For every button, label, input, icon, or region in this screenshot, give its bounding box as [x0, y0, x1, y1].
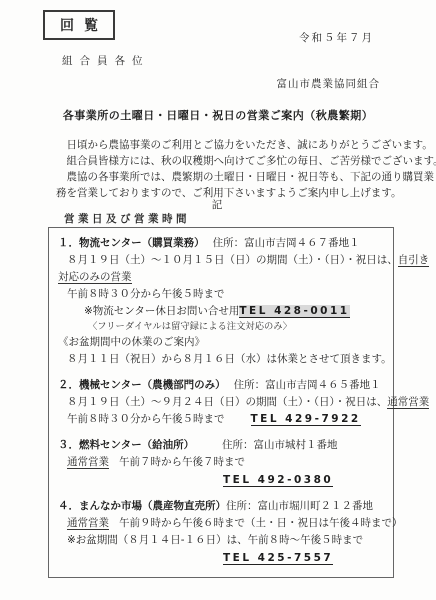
section4-heading-row: ４．まんなか市場（農産物直売所）住所：富山市堀川町２１２番地: [58, 498, 384, 515]
section3-hours: 午前７時から午後７時まで: [119, 456, 245, 468]
intro-line-1: 日頃から農協事業のご利用とご協力をいただき、誠にありがとうございます。: [56, 137, 404, 153]
organization-name: 富山市農業協同組合: [277, 76, 381, 91]
kairan-circulation-stamp-box: 回覧: [43, 10, 115, 40]
section1-address: 住所：富山市吉岡４６７番地１: [213, 237, 360, 249]
section1-period-underline-end: 対応のみの営業: [58, 271, 132, 284]
section1-title: １．物流センター（購買業務）: [58, 237, 205, 249]
intro-paragraph: 日頃から農協事業のご利用とご協力をいただき、誠にありがとうございます。 組合員皆…: [56, 137, 404, 201]
section2-period-text: ８月１９日（土）～９月２４日（日）の期間（土）・（日）・祝日は、: [67, 396, 387, 408]
intro-line-2: 組合員皆様方には、秋の収穫期へ向けてご多忙の毎日、ご苦労様でございます。: [56, 153, 404, 169]
section4-obon-note: ※お盆期間（８月１４日-１６日）は、午前８時～午後５時まで: [58, 532, 384, 549]
section4-status-underline: 通常営業: [67, 517, 109, 530]
section2-hours-row: 午前８時３０分から午後５時までTEL 429-7922: [58, 411, 384, 428]
section1-period-underline-start: 自引き: [398, 254, 430, 267]
section2-status-underline: 通常営業: [387, 396, 429, 409]
section3-tel-row: TEL 492-0380: [58, 471, 384, 489]
section2-hours: 午前８時３０分から午後５時まで: [67, 413, 225, 425]
section2-period-row: ８月１９日（土）～９月２４日（日）の期間（土）・（日）・祝日は、通常営業: [58, 394, 384, 411]
section4-hours-row: 通常営業午前９時から午後６時まで（土・日・祝日は午後４時まで）: [58, 515, 384, 532]
kairan-label: 回覧: [50, 15, 108, 35]
section1-heading-row: １．物流センター（購買業務）住所：富山市吉岡４６７番地１: [58, 235, 384, 252]
section1-hours: 午前８時３０分から午後５時まで: [58, 286, 384, 303]
section1-period-text: ８月１９日（土）～１０月１５日（日）の期間（土）・（日）・祝日は、: [67, 254, 398, 266]
section1-obon-header: 《お盆期間中の休業のご案内》: [58, 334, 384, 351]
section2-phone-number: TEL 429-7922: [251, 413, 361, 426]
section2-address: 住所：富山市吉岡４６５番地１: [234, 379, 381, 391]
section3-heading-row: ３．燃料センター（給油所）住所：富山市城村１番地: [58, 437, 384, 454]
section-fuel-center: ３．燃料センター（給油所）住所：富山市城村１番地 通常営業午前７時から午後７時ま…: [58, 437, 384, 489]
ki-record-marker: 記: [0, 197, 436, 212]
section2-title: ２．機械センター（農機部門のみ）: [58, 379, 226, 391]
document-date: 令和５年７月: [299, 30, 374, 45]
section4-hours: 午前９時から午後６時まで（土・日・祝日は午後４時まで）: [119, 517, 403, 529]
section1-obon-text: ８月１１日（祝日）から８月１６日（水）は休業とさせて頂きます。: [58, 351, 384, 368]
section1-period-row: ８月１９日（土）～１０月１５日（日）の期間（土）・（日）・祝日は、自引き: [58, 252, 384, 269]
section3-address: 住所：富山市城村１番地: [222, 439, 338, 451]
section4-phone-number: TEL 425-7557: [223, 552, 333, 565]
addressee-line: 組合員各位: [62, 53, 150, 68]
section3-status-underline: 通常営業: [67, 456, 109, 469]
circular-notice-document: 回覧 令和５年７月 組合員各位 富山市農業協同組合 各事業所の土曜日・日曜日・祝…: [0, 0, 436, 600]
section2-heading-row: ２．機械センター（農機部門のみ）住所：富山市吉岡４６５番地１: [58, 377, 384, 394]
section1-phone-number: TEL 428-0011: [239, 305, 349, 318]
section-machinery-center: ２．機械センター（農機部門のみ）住所：富山市吉岡４６５番地１ ８月１９日（土）～…: [58, 377, 384, 428]
section3-phone-number: TEL 492-0380: [223, 474, 333, 487]
section1-freedial-note: 〈フリーダイヤルは留守録による注文対応のみ〉: [58, 320, 384, 334]
business-hours-box: １．物流センター（購買業務）住所：富山市吉岡４６７番地１ ８月１９日（土）～１０…: [48, 227, 394, 578]
section1-tel-note: ※物流センター休日お問い合せ用: [84, 305, 239, 317]
document-title: 各事業所の土曜日・日曜日・祝日の営業ご案内（秋農繁期）: [0, 107, 436, 123]
section1-tel-row: ※物流センター休日お問い合せ用TEL 428-0011: [58, 303, 384, 320]
section4-address: 住所：富山市堀川町２１２番地: [226, 500, 373, 512]
business-hours-heading: 営業日及び営業時間: [64, 211, 190, 228]
section3-title: ３．燃料センター（給油所）: [58, 437, 222, 454]
section4-tel-row: TEL 425-7557: [58, 549, 384, 567]
section3-hours-row: 通常営業午前７時から午後７時まで: [58, 454, 384, 471]
section1-period-wrap-row: 対応のみの営業: [58, 269, 384, 286]
intro-line-3: 農協の各事業所では、農繁期の土曜日・日曜日・祝日等も、下記の通り購買業: [56, 169, 404, 185]
section4-title: ４．まんなか市場（農産物直売所）: [58, 498, 226, 515]
section-logistics-center: １．物流センター（購買業務）住所：富山市吉岡４６７番地１ ８月１９日（土）～１０…: [58, 235, 384, 368]
section-mannaka-market: ４．まんなか市場（農産物直売所）住所：富山市堀川町２１２番地 通常営業午前９時か…: [58, 498, 384, 567]
